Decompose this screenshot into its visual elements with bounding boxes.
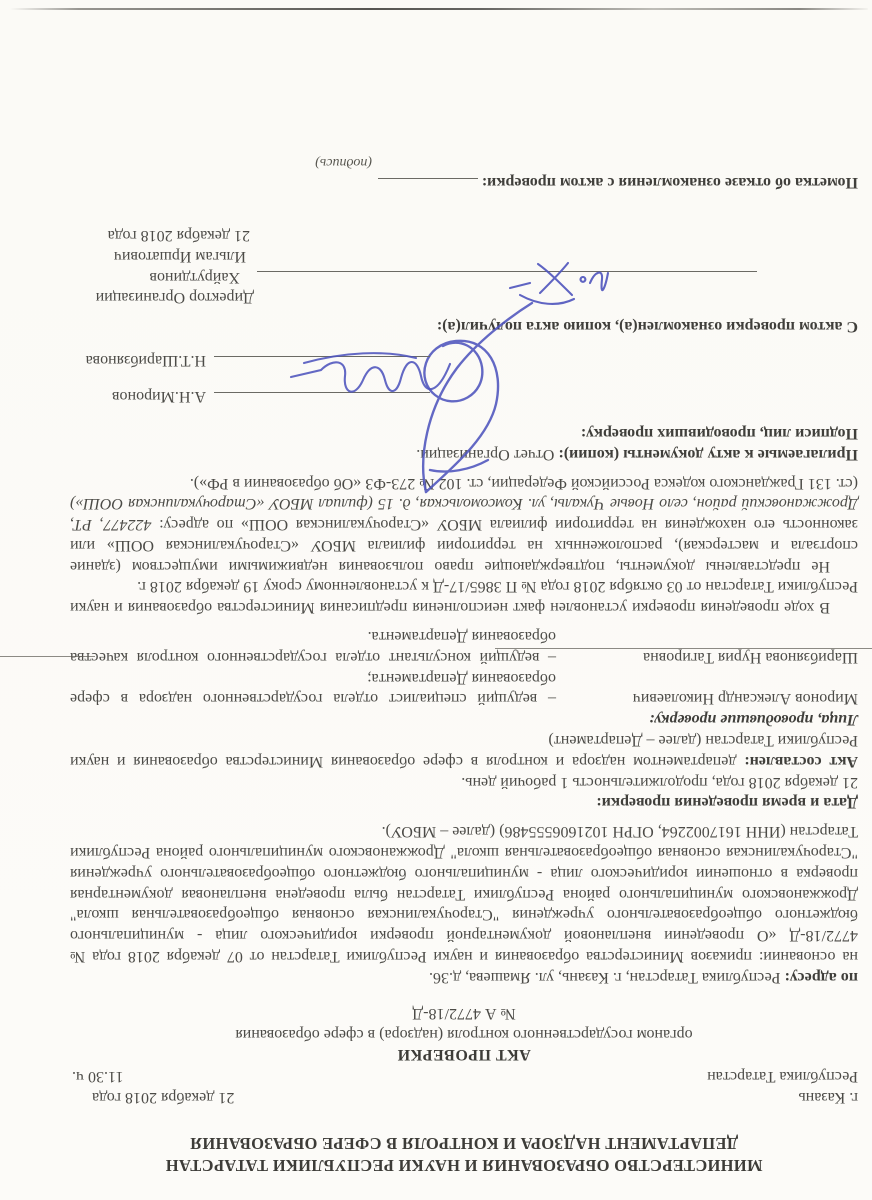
- date-label: 21 декабря 2018 года: [92, 1087, 234, 1108]
- act-subtitle: органом государственного контроля (надзо…: [70, 1023, 858, 1043]
- date-time-block: 21 декабря 2018 года 11.30 ч.: [70, 1066, 234, 1108]
- act-drawn-paragraph: Акт составлен: департаментом надзора и к…: [70, 729, 858, 771]
- crease-line: [495, 648, 872, 649]
- signature-row: Н.Т.Шарибзянова: [70, 350, 430, 372]
- inspector-role: – ведущий специалист отдела государствен…: [70, 667, 556, 709]
- signature-line: [214, 392, 430, 408]
- act-title: АКТ ПРОВЕРКИ: [70, 1044, 858, 1064]
- attachments-line: Прилагаемые к акту документы (копии): От…: [70, 443, 858, 464]
- findings-paragraph-1: В ходе проведения проверки установлен фа…: [70, 576, 858, 618]
- address-line: по адресу: Республика Татарстан, г. Каза…: [70, 966, 858, 987]
- acknowledgment-label: С актом проверки ознакомлен(а), копию ак…: [70, 315, 858, 336]
- place-date-row: г. Казань Республика Татарстан 21 декабр…: [70, 1066, 858, 1108]
- director-given-names: Ильгам Иршатович: [64, 245, 254, 266]
- acknowledgment-date: 21 декабря 2018 года: [64, 224, 254, 245]
- director-ink-signature: [503, 259, 618, 315]
- datetime-label: Дата и время проведения проверки:: [70, 792, 858, 813]
- scanned-page: МИНИСТЕРСТВО ОБРАЗОВАНИЯ И НАУКИ РЕСПУБЛ…: [0, 0, 872, 1200]
- place-block: г. Казань Республика Татарстан: [707, 1066, 858, 1108]
- act-number: № А 4772/18-Д: [70, 1003, 858, 1023]
- datetime-value: 21 декабря 2018 года, продолжительность …: [70, 771, 858, 792]
- signature-caption: (подпись): [70, 152, 372, 170]
- director-title: Директор Организации: [64, 287, 254, 308]
- refusal-line: Пометка об отказе ознакомления с актом п…: [70, 172, 858, 194]
- ministry-line-1: МИНИСТЕРСТВО ОБРАЗОВАНИЯ И НАУКИ РЕСПУБЛ…: [70, 1154, 858, 1176]
- inspector-name: Миронов Александр Николаевич: [556, 667, 858, 709]
- inspector-role: – ведущий консультант отдела государстве…: [70, 625, 556, 667]
- document-rotated-180: МИНИСТЕРСТВО ОБРАЗОВАНИЯ И НАУКИ РЕСПУБЛ…: [0, 0, 872, 1200]
- inspectors-label: Лица, проводившие проверку:: [70, 708, 858, 729]
- signature-name: Н.Т.Шарибзянова: [86, 349, 206, 370]
- findings-paragraph-2: Не представлены документы, подтверждающи…: [70, 472, 858, 576]
- director-surname: Хайрутдинов: [64, 266, 254, 287]
- inspector-row: Шарибзянова Нурия Тагировна – ведущий ко…: [70, 625, 858, 667]
- signature-line: [214, 356, 430, 372]
- refusal-signature-line: [378, 178, 478, 193]
- crease-line: [0, 656, 95, 657]
- act-title-block: АКТ ПРОВЕРКИ органом государственного ко…: [70, 1003, 858, 1064]
- signature-row: А.Н.Миронов: [70, 386, 430, 408]
- acknowledgment-area: Директор Организации Хайрутдинов Ильгам …: [70, 209, 858, 309]
- signers-label: Подписи лиц, проводивших проверку:: [70, 422, 858, 443]
- inspector-name: Шарибзянова Нурия Тагировна: [556, 625, 858, 667]
- time-label: 11.30 ч.: [72, 1066, 234, 1087]
- ministry-line-2: ДЕПАРТАМЕНТ НАДЗОРА И КОНТРОЛЯ В СФЕРЕ О…: [70, 1132, 858, 1154]
- ministry-header: МИНИСТЕРСТВО ОБРАЗОВАНИЯ И НАУКИ РЕСПУБЛ…: [70, 1132, 858, 1176]
- region-label: Республика Татарстан: [707, 1066, 858, 1087]
- signature-name: А.Н.Миронов: [112, 385, 206, 406]
- basis-paragraph: на основании: приказов Министерства обра…: [70, 820, 858, 966]
- city-label: г. Казань: [707, 1087, 858, 1108]
- director-block: Директор Организации Хайрутдинов Ильгам …: [64, 224, 254, 307]
- inspector-row: Миронов Александр Николаевич – ведущий с…: [70, 667, 858, 709]
